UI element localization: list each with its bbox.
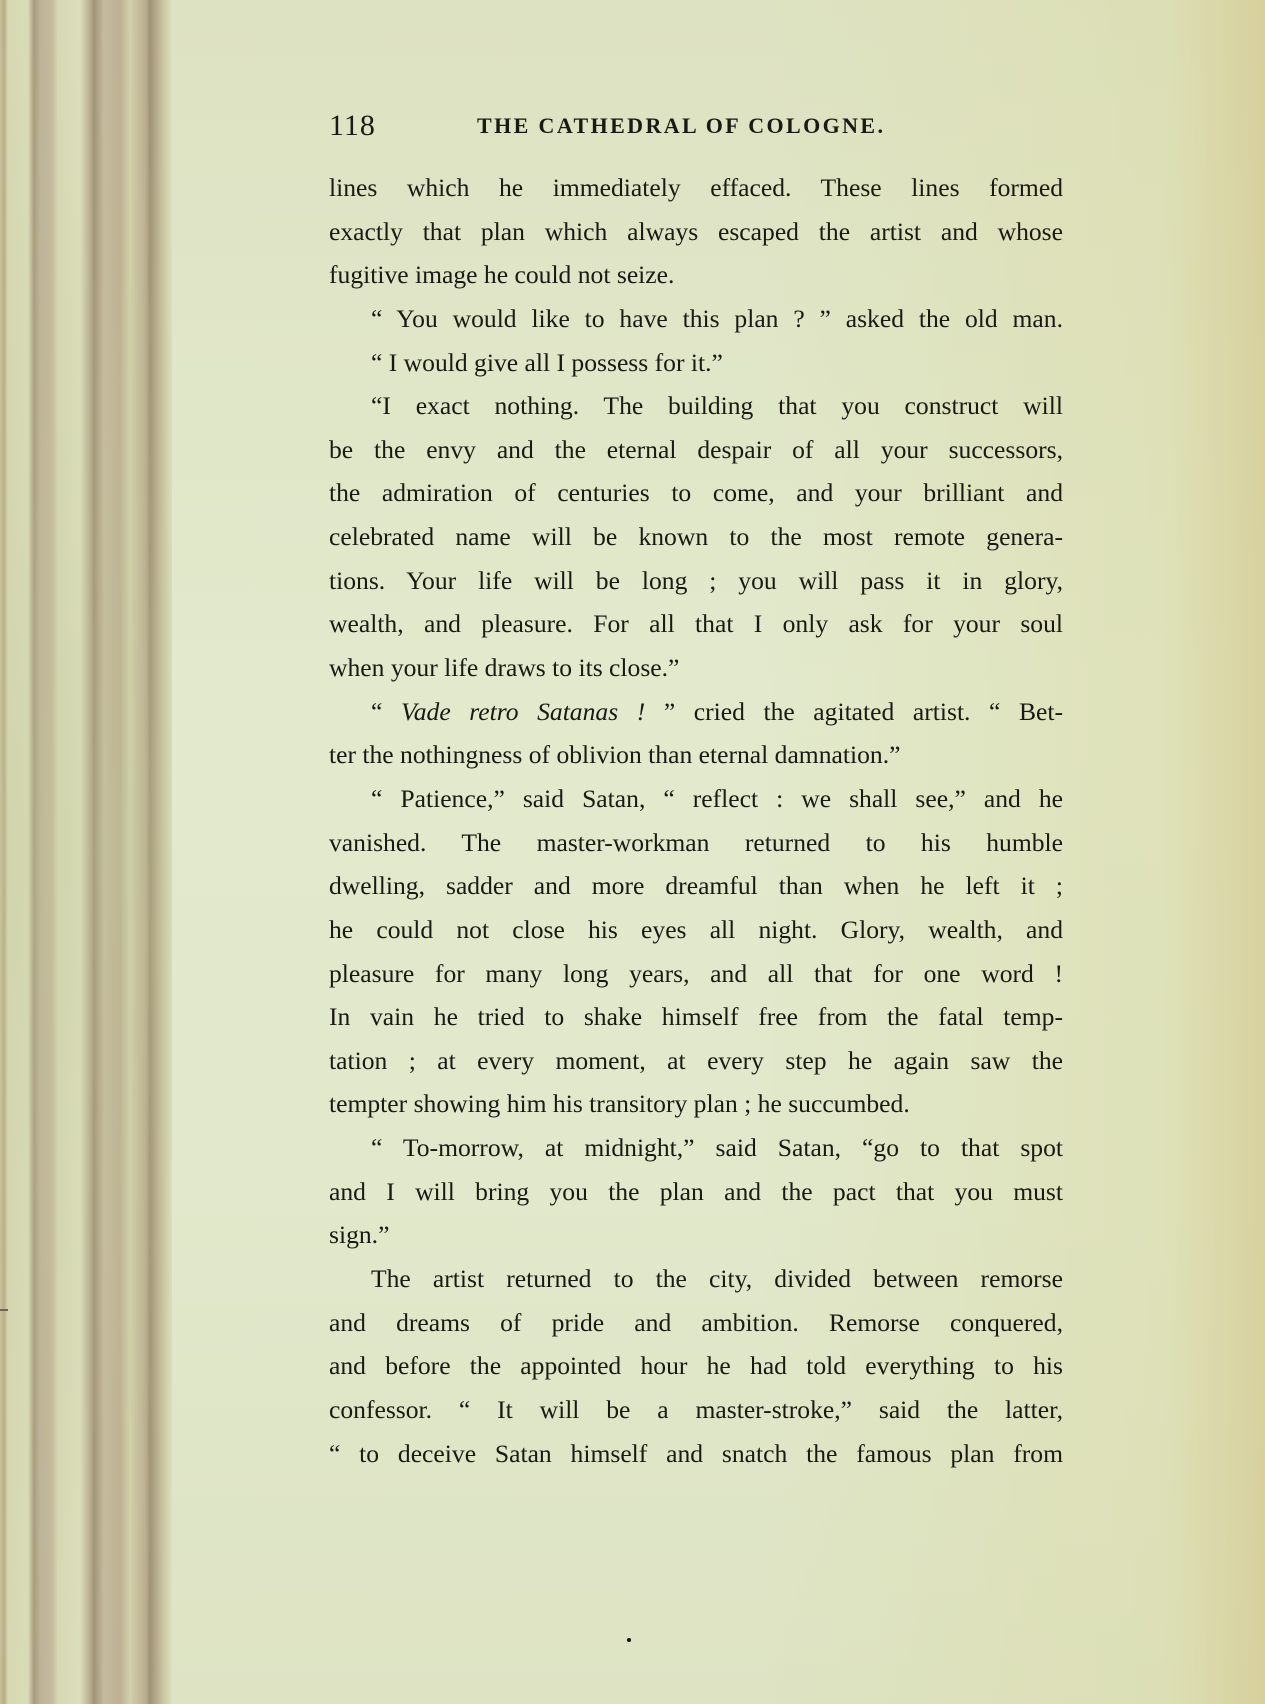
text-line: and I will bring you the plan and the pa…	[329, 1170, 1063, 1214]
running-title: THE CATHEDRAL OF COLOGNE.	[477, 106, 885, 146]
text-line: celebrated name will be known to the mos…	[329, 515, 1063, 559]
italic-phrase: Vade retro Satanas !	[401, 697, 645, 726]
text-line: exactly that plan which always escaped t…	[329, 210, 1063, 254]
text-line: he could not close his eyes all night. G…	[329, 908, 1063, 952]
margin-mark	[0, 1309, 8, 1311]
page-header: 118 THE CATHEDRAL OF COLOGNE.	[329, 106, 1019, 146]
text-line: tation ; at every moment, at every step …	[329, 1039, 1063, 1083]
line-text: ” cried the agitated artist. “ Bet-	[645, 697, 1063, 726]
body-text: lines which he immediately effaced. Thes…	[329, 166, 1063, 1475]
text-line: ter the nothingness of oblivion than ete…	[329, 733, 1063, 777]
text-line: be the envy and the eternal despair of a…	[329, 428, 1063, 472]
text-line: sign.”	[329, 1213, 1063, 1257]
stacked-page-edges	[0, 0, 172, 1704]
text-line: tempter showing him his transitory plan …	[329, 1082, 1063, 1126]
text-line: when your life draws to its close.”	[329, 646, 1063, 690]
text-line: and before the appointed hour he had tol…	[329, 1344, 1063, 1388]
text-line: “ You would like to have this plan ? ” a…	[329, 297, 1063, 341]
open-quote: “	[371, 697, 401, 726]
text-line: wealth, and pleasure. For all that I onl…	[329, 602, 1063, 646]
text-line: lines which he immediately effaced. Thes…	[329, 166, 1063, 210]
text-line: vanished. The master-workman returned to…	[329, 821, 1063, 865]
text-line: pleasure for many long years, and all th…	[329, 952, 1063, 996]
text-line: “ Vade retro Satanas ! ” cried the agita…	[329, 690, 1063, 734]
text-line: tions. Your life will be long ; you will…	[329, 559, 1063, 603]
text-line: The artist returned to the city, divided…	[329, 1257, 1063, 1301]
text-line: the admiration of centuries to come, and…	[329, 471, 1063, 515]
text-line: and dreams of pride and ambition. Remors…	[329, 1301, 1063, 1345]
page-number: 118	[329, 106, 376, 146]
book-page: 118 THE CATHEDRAL OF COLOGNE. lines whic…	[0, 0, 1265, 1704]
text-line: “ To-morrow, at midnight,” said Satan, “…	[329, 1126, 1063, 1170]
ink-speck	[627, 1638, 631, 1642]
text-line: In vain he tried to shake himself free f…	[329, 995, 1063, 1039]
text-line: “ to deceive Satan himself and snatch th…	[329, 1432, 1063, 1476]
text-line: “ I would give all I possess for it.”	[329, 341, 1063, 385]
text-line: confessor. “ It will be a master-stroke,…	[329, 1388, 1063, 1432]
text-line: “ Patience,” said Satan, “ reflect : we …	[329, 777, 1063, 821]
text-line: “I exact nothing. The building that you …	[329, 384, 1063, 428]
text-line: fugitive image he could not seize.	[329, 253, 1063, 297]
text-line: dwelling, sadder and more dreamful than …	[329, 864, 1063, 908]
